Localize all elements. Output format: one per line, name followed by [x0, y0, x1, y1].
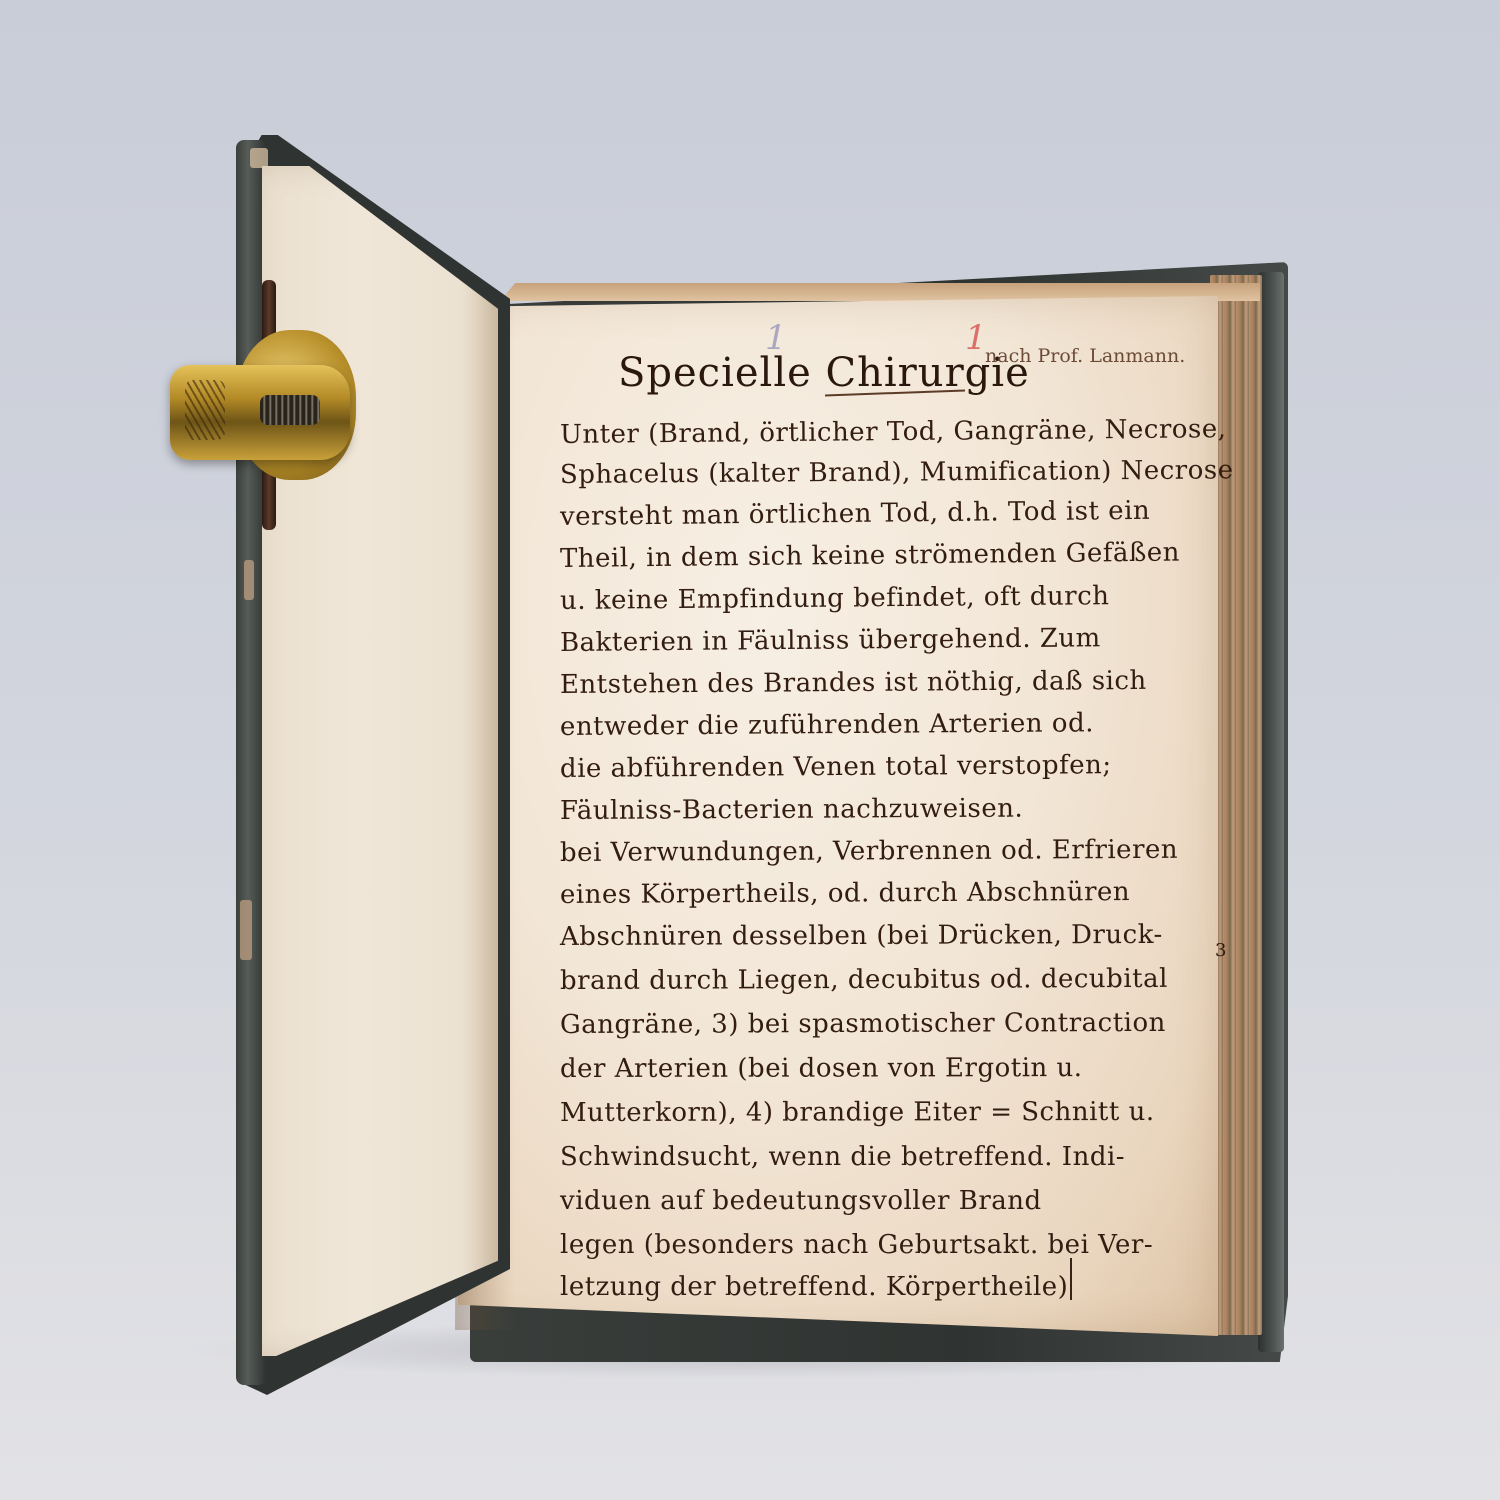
cover-wear: [244, 560, 254, 600]
clasp-engraving: [185, 380, 225, 440]
photo-scene: 1 1 Specielle Chirurgie nach Prof. Lanma…: [0, 0, 1500, 1500]
text-line: Gangräne, 3) bei spasmotischer Contracti…: [560, 1008, 1166, 1040]
text-line: viduen auf bedeutungsvoller Brand: [560, 1186, 1042, 1216]
text-line: u. keine Empfindung befindet, oft durch: [560, 581, 1110, 616]
text-line: die abführenden Venen total verstopfen;: [560, 750, 1112, 784]
title-attribution: nach Prof. Lanmann.: [985, 345, 1185, 367]
text-line: Abschnüren desselben (bei Drücken, Druck…: [560, 920, 1163, 952]
text-line: letzung der betreffend. Körpertheile): [560, 1272, 1068, 1302]
cover-wear: [250, 148, 268, 168]
manuscript-title: Specielle Chirurgie: [618, 350, 1030, 396]
margin-number: 3: [1215, 940, 1226, 961]
cover-wear: [240, 900, 252, 960]
text-line: brand durch Liegen, decubitus od. decubi…: [560, 964, 1168, 996]
text-line: Mutterkorn), 4) brandige Eiter = Schnitt…: [560, 1097, 1155, 1128]
clasp-spring: [260, 395, 320, 425]
text-line: Fäulniss-Bacterien nachzuweisen.: [560, 794, 1023, 826]
text-line: versteht man örtlichen Tod, d.h. Tod ist…: [560, 496, 1151, 532]
text-line: Unter (Brand, örtlicher Tod, Gangräne, N…: [560, 414, 1227, 450]
text-line: Sphacelus (kalter Brand), Mumification) …: [560, 455, 1234, 490]
text-line: entweder die zuführenden Arterien od.: [560, 708, 1094, 742]
text-line: Schwindsucht, wenn die betreffend. Indi-: [560, 1142, 1125, 1172]
text-line: legen (besonders nach Geburtsakt. bei Ve…: [560, 1230, 1153, 1260]
text-line: bei Verwundungen, Verbrennen od. Erfrier…: [560, 835, 1178, 868]
text-line: der Arterien (bei dosen von Ergotin u.: [560, 1053, 1083, 1084]
text-line: Bakterien in Fäulniss übergehend. Zum: [560, 623, 1101, 658]
text-line: eines Körpertheils, od. durch Abschnüren: [560, 877, 1130, 910]
text-line: Entstehen des Brandes ist nöthig, daß si…: [560, 666, 1147, 700]
closing-mark: [1070, 1258, 1072, 1300]
